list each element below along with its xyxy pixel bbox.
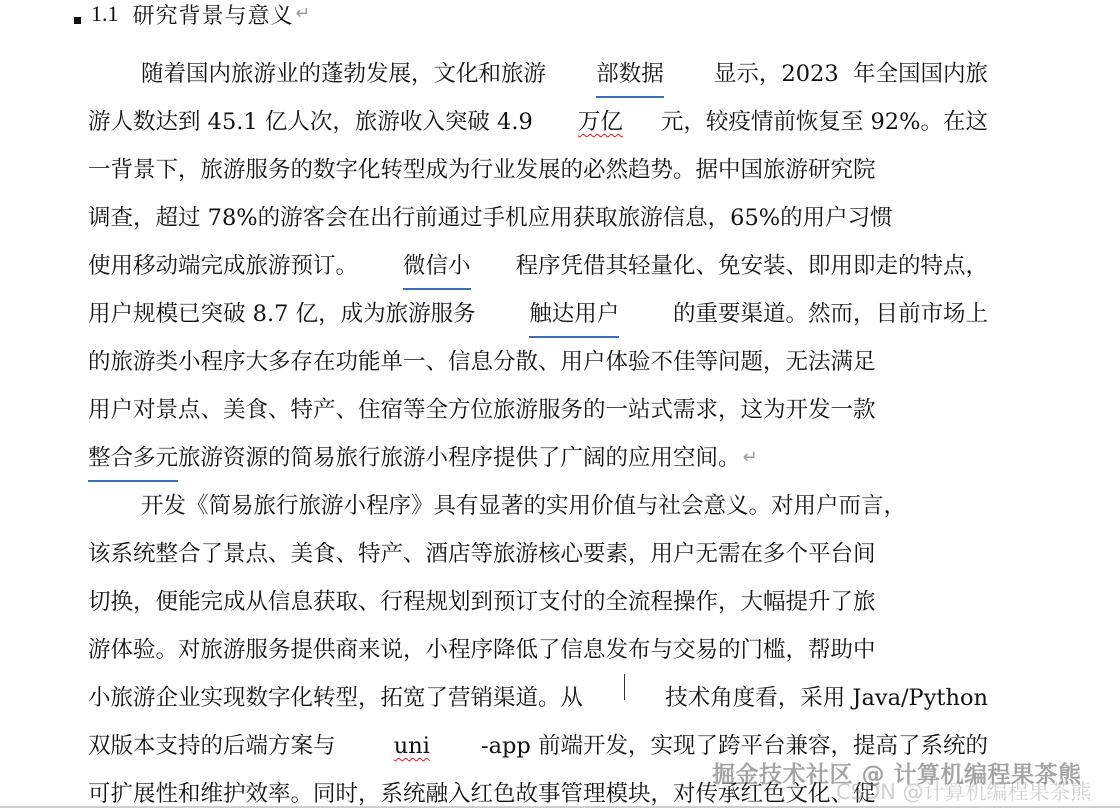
grammar-underlined-text[interactable]: 整合多元 bbox=[88, 434, 178, 482]
text-run: 用户规模已突破 8.7 亿，成为旅游服务 bbox=[88, 290, 476, 338]
paragraph1-line-1[interactable]: 随着国内旅游业的蓬勃发展，文化和旅游部数据显示，2023 年全国国内旅 bbox=[141, 50, 988, 98]
text-run: 小旅游企业实现数字化转型，拓宽了营销渠道。从 bbox=[88, 674, 583, 722]
text-run: 切换，便能完成从信息获取、行程规划到预订支付的全流程操作，大幅提升了旅 bbox=[88, 578, 876, 626]
grammar-underlined-text[interactable]: 部数据 bbox=[596, 50, 664, 98]
text-run: 该系统整合了景点、美食、特产、酒店等旅游核心要素，用户无需在多个平台间 bbox=[88, 530, 876, 578]
spelling-underlined-text[interactable]: uni bbox=[394, 722, 430, 770]
paragraph2-line-1[interactable]: 开发《简易旅行旅游小程序》具有显著的实用价值与社会意义。对用户而言， bbox=[141, 482, 988, 530]
spelling-underlined-text[interactable]: 万亿 bbox=[578, 98, 623, 146]
paragraph1-line-7[interactable]: 的旅游类小程序大多存在功能单一、信息分散、用户体验不佳等问题，无法满足 bbox=[88, 338, 988, 386]
paragraph-mark-icon: ↵ bbox=[743, 434, 758, 482]
text-cursor bbox=[624, 674, 625, 700]
page-bottom-divider bbox=[0, 806, 1120, 808]
paragraph1-line-4[interactable]: 调查，超过 78%的游客会在出行前通过手机应用获取旅游信息，65%的用户习惯 bbox=[88, 194, 988, 242]
paragraph2-line-5[interactable]: 小旅游企业实现数字化转型，拓宽了营销渠道。从技术角度看，采用 Java/Pyth… bbox=[88, 674, 988, 722]
text-run: 旅游资源的简易旅行旅游小程序提供了广阔的应用空间。 bbox=[178, 434, 741, 482]
text-run: 用户对景点、美食、特产、住宿等全方位旅游服务的一站式需求，这为开发一款 bbox=[88, 386, 876, 434]
text-run: 双版本支持的后端方案与 bbox=[88, 722, 343, 770]
watermark-juejin: 掘金技术社区 @ 计算机编程果茶熊 bbox=[712, 756, 1082, 789]
paragraph2-line-3[interactable]: 切换，便能完成从信息获取、行程规划到预订支付的全流程操作，大幅提升了旅 bbox=[88, 578, 988, 626]
grammar-underlined-text[interactable]: 触达用户 bbox=[529, 290, 619, 338]
heading-number: 1.1 bbox=[91, 1, 119, 27]
paragraph1-line-9[interactable]: 整合多元旅游资源的简易旅行旅游小程序提供了广阔的应用空间。↵ bbox=[88, 434, 988, 482]
heading-list-marker bbox=[74, 17, 81, 24]
text-run: 调查，超过 78%的游客会在出行前通过手机应用获取旅游信息，65%的用户习惯 bbox=[88, 194, 893, 242]
document-page[interactable]: 1.1 研究背景与意义 ↵ 随着国内旅游业的蓬勃发展，文化和旅游部数据显示，20… bbox=[0, 0, 1120, 810]
grammar-underlined-text[interactable]: 微信小 bbox=[403, 242, 471, 290]
text-run: 游体验。对旅游服务提供商来说，小程序降低了信息发布与交易的门槛，帮助中 bbox=[88, 626, 876, 674]
text-run: 一背景下，旅游服务的数字化转型成为行业发展的必然趋势。据中国旅游研究院 bbox=[88, 146, 876, 194]
text-run: 显示，2023 年全国国内旅 bbox=[714, 50, 988, 98]
text-run: 的重要渠道。然而，目前市场上 bbox=[673, 290, 988, 338]
paragraph-mark-icon: ↵ bbox=[296, 4, 311, 24]
paragraph1-line-6[interactable]: 用户规模已突破 8.7 亿，成为旅游服务触达用户的重要渠道。然而，目前市场上 bbox=[88, 290, 988, 338]
text-run: 游人数达到 45.1 亿人次，旅游收入突破 4.9 bbox=[88, 98, 540, 146]
text-run: 开发《简易旅行旅游小程序》具有显著的实用价值与社会意义。对用户而言， bbox=[141, 482, 906, 530]
paragraph1-line-2[interactable]: 游人数达到 45.1 亿人次，旅游收入突破 4.9 万亿元，较疫情前恢复至 92… bbox=[88, 98, 988, 146]
paragraph2-line-2[interactable]: 该系统整合了景点、美食、特产、酒店等旅游核心要素，用户无需在多个平台间 bbox=[88, 530, 988, 578]
section-heading[interactable]: 1.1 研究背景与意义 ↵ bbox=[74, 0, 310, 31]
paragraph1-line-5[interactable]: 使用移动端完成旅游预订。微信小程序凭借其轻量化、免安装、即用即走的特点， bbox=[88, 242, 988, 290]
heading-title: 研究背景与意义 bbox=[133, 0, 294, 30]
text-run: 技术角度看，采用 Java/Python bbox=[665, 674, 988, 722]
text-run: 的旅游类小程序大多存在功能单一、信息分散、用户体验不佳等问题，无法满足 bbox=[88, 338, 876, 386]
paragraph2-line-4[interactable]: 游体验。对旅游服务提供商来说，小程序降低了信息发布与交易的门槛，帮助中 bbox=[88, 626, 988, 674]
text-run: 使用移动端完成旅游预订。 bbox=[88, 242, 358, 290]
text-run: 随着国内旅游业的蓬勃发展，文化和旅游 bbox=[141, 50, 546, 98]
text-run: 元，较疫情前恢复至 92%。在这 bbox=[661, 98, 988, 146]
paragraph1-line-8[interactable]: 用户对景点、美食、特产、住宿等全方位旅游服务的一站式需求，这为开发一款 bbox=[88, 386, 988, 434]
paragraph1-line-3[interactable]: 一背景下，旅游服务的数字化转型成为行业发展的必然趋势。据中国旅游研究院 bbox=[88, 146, 988, 194]
text-run: 程序凭借其轻量化、免安装、即用即走的特点， bbox=[515, 242, 988, 290]
